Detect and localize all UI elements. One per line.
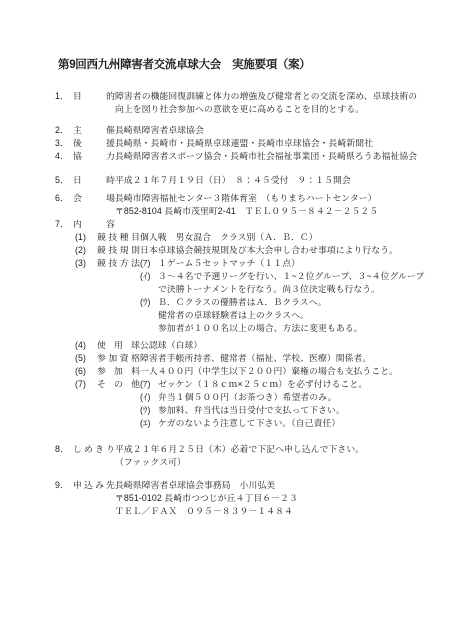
item-fee: (6) 参加料 一人４００円（中学生以下２００円）棄権の場合も支払うこと。 bbox=[55, 365, 428, 378]
item-method-c: (ｳ) Ｂ．Ｃクラスの優勝者はＡ．Ｂクラスへ。 bbox=[55, 296, 428, 309]
line-text: 〒852-8104 長崎市茂里町2-41 ＴＥＬ０９５－８４２－２５２５ bbox=[115, 205, 428, 218]
kana-marker: (ｳ) bbox=[140, 296, 158, 309]
line-text: ゼッケン（１８ｃｍ×２５ｃｍ）を必ず付けること。 bbox=[158, 378, 428, 391]
item-ball: (4) 使用球 公認球（白球） bbox=[55, 339, 428, 352]
line-text: 弁当１個５００円（お茶つき）希望者のみ。 bbox=[158, 391, 428, 404]
kana-marker: (ｱ) bbox=[140, 257, 158, 270]
line-text: 障害者手帳所持者、健常者（福祉、学校、医療）関係者。 bbox=[140, 352, 428, 365]
item-label: 競技種目 bbox=[97, 231, 140, 244]
section-label: 申込み先 bbox=[73, 479, 115, 492]
section-number: 5． bbox=[55, 174, 73, 187]
item-other-c: (ｳ) 参加料、弁当代は当日受付で支払って下さい。 bbox=[55, 404, 428, 417]
section-number: 4． bbox=[55, 150, 73, 163]
document-page: 第9回西九州障害者交流卓球大会 実施要項（案） 1． 目的 障害者の機能回復訓練… bbox=[0, 0, 452, 640]
item-marker: (2) bbox=[75, 244, 97, 257]
item-marker: (6) bbox=[75, 365, 97, 378]
line-text: 長崎県・長崎市・長崎県卓球連盟・長崎市卓球協会・長崎新聞社 bbox=[115, 137, 428, 150]
item-method-b: (ｲ) ３～４名で予選リーグを行い、１~２位グループ、３~４位グループ bbox=[55, 270, 428, 283]
line-text: ３～４名で予選リーグを行い、１~２位グループ、３~４位グループ bbox=[158, 270, 428, 283]
line-text: 公認球（白球） bbox=[140, 339, 428, 352]
section-label: 会場 bbox=[73, 192, 115, 205]
line-text: 〒851-0102 長崎市つつじが丘４丁目６－２３ bbox=[115, 492, 428, 505]
line-text: Ｂ．Ｃクラスの優勝者はＡ．Ｂクラスへ。 bbox=[158, 296, 428, 309]
section-purpose: 1． 目的 障害者の機能回復訓練と体力の増強及び健常者との交流を深め、卓球技術の bbox=[55, 90, 428, 103]
section-number: 8． bbox=[55, 443, 73, 456]
line-text: 長崎県障害者卓球協会 bbox=[115, 124, 428, 137]
item-other-b: (ｲ) 弁当１個５００円（お茶つき）希望者のみ。 bbox=[55, 391, 428, 404]
section-cooperation: 4． 協力 長崎県障害者スポーツ協会・長崎市社会福祉事業団・長崎県ろうあ福祉協会 bbox=[55, 150, 428, 163]
line-text: 平成２１年７月１９日（日） ８：４５受付 ９：１５開会 bbox=[115, 174, 428, 187]
section-label: 後援 bbox=[73, 137, 115, 150]
line-text: ＴＥＬ／ＦＡＸ ０９５－８３９－１４８４ bbox=[115, 505, 428, 518]
item-label: 参加資格 bbox=[97, 352, 140, 365]
line-text: 一人４００円（中学生以下２００円）棄権の場合も支払うこと。 bbox=[140, 365, 428, 378]
section-number: 1． bbox=[55, 90, 73, 103]
kana-marker: (ｲ) bbox=[140, 391, 158, 404]
section-purpose-cont: 向上を図り社会参加への意欲を更に高めることを目的とする。 bbox=[55, 103, 428, 116]
item-label: 競技規則 bbox=[97, 244, 140, 257]
section-label: 協力 bbox=[73, 150, 115, 163]
item-marker: (3) bbox=[75, 257, 97, 270]
section-deadline-cont: （ファックス可） bbox=[55, 456, 428, 469]
line-text: 向上を図り社会参加への意欲を更に高めることを目的とする。 bbox=[115, 103, 428, 116]
item-event-type: (1) 競技種目 個人戦 男女混合 クラス別（Ａ．Ｂ．Ｃ） bbox=[55, 231, 428, 244]
section-number: 7． bbox=[55, 218, 73, 231]
section-number: 2． bbox=[55, 124, 73, 137]
section-label: 内容 bbox=[73, 218, 115, 231]
kana-marker: (ｳ) bbox=[140, 404, 158, 417]
line-text: 平成２１年６月２５日（木）必着で下記へ申し込んで下さい。 bbox=[115, 443, 428, 456]
section-label: 目的 bbox=[73, 90, 115, 103]
section-venue-address: 〒852-8104 長崎市茂里町2-41 ＴＥＬ０９５－８４２－２５２５ bbox=[55, 205, 428, 218]
item-other: (7) その他 (ｱ) ゼッケン（１８ｃｍ×２５ｃｍ）を必ず付けること。 bbox=[55, 378, 428, 391]
line-text: １ゲーム５セットマッチ（１１点） bbox=[158, 257, 428, 270]
item-label: その他 bbox=[97, 378, 140, 391]
item-rules: (2) 競技規則 日本卓球協会競技規則及び本大会申し合わせ事項により行なう。 bbox=[55, 244, 428, 257]
section-venue: 6． 会場 長崎市障害福祉センター３階体育室 （もりまちハートセンター） bbox=[55, 192, 428, 205]
line-text: 長崎県障害者スポーツ協会・長崎市社会福祉事業団・長崎県ろうあ福祉協会 bbox=[115, 150, 428, 163]
section-support: 3． 後援 長崎県・長崎市・長崎県卓球連盟・長崎市卓球協会・長崎新聞社 bbox=[55, 137, 428, 150]
kana-marker: (ｲ) bbox=[140, 270, 158, 283]
item-other-d: (ｴ) ケガのないよう注意して下さい。（自己責任） bbox=[55, 417, 428, 430]
section-organizer: 2． 主催 長崎県障害者卓球協会 bbox=[55, 124, 428, 137]
section-application: 9． 申込み先 長崎県障害者卓球協会事務局 小川弘美 bbox=[55, 479, 428, 492]
section-deadline: 8． しめきり 平成２１年６月２５日（木）必着で下記へ申し込んで下さい。 bbox=[55, 443, 428, 456]
kana-marker: (ｴ) bbox=[140, 417, 158, 430]
item-label: 参加料 bbox=[97, 365, 140, 378]
kana-marker: (ｱ) bbox=[140, 378, 158, 391]
line-text: で決勝トーナメントを行なう。尚３位決定戦も行なう。 bbox=[158, 283, 428, 296]
section-datetime: 5． 日時 平成２１年７月１９日（日） ８：４５受付 ９：１５開会 bbox=[55, 174, 428, 187]
line-text: 障害者の機能回復訓練と体力の増強及び健常者との交流を深め、卓球技術の bbox=[115, 90, 428, 103]
line-text: （ファックス可） bbox=[115, 456, 428, 469]
section-label: 主催 bbox=[73, 124, 115, 137]
item-method-c-cont1: 健常者の卓球経験者は上のクラスへ。 bbox=[55, 309, 428, 322]
item-method-c-cont2: 参加者が１００名以上の場合、方法に変更もある。 bbox=[55, 322, 428, 335]
item-label: 使用球 bbox=[97, 339, 140, 352]
item-marker: (5) bbox=[75, 352, 97, 365]
section-application-address: 〒851-0102 長崎市つつじが丘４丁目６－２３ bbox=[55, 492, 428, 505]
item-eligibility: (5) 参加資格 障害者手帳所持者、健常者（福祉、学校、医療）関係者。 bbox=[55, 352, 428, 365]
section-label: しめきり bbox=[73, 443, 115, 456]
line-text: 参加者が１００名以上の場合、方法に変更もある。 bbox=[158, 322, 428, 335]
document-title: 第9回西九州障害者交流卓球大会 実施要項（案） bbox=[58, 58, 428, 73]
item-label: 競技方法 bbox=[97, 257, 140, 270]
line-text: 長崎市障害福祉センター３階体育室 （もりまちハートセンター） bbox=[115, 192, 428, 205]
item-method: (3) 競技方法 (ｱ) １ゲーム５セットマッチ（１１点） bbox=[55, 257, 428, 270]
line-text: 日本卓球協会競技規則及び本大会申し合わせ事項により行なう。 bbox=[140, 244, 428, 257]
section-number: 9． bbox=[55, 479, 73, 492]
item-marker: (1) bbox=[75, 231, 97, 244]
section-number: 3． bbox=[55, 137, 73, 150]
line-text: 長崎県障害者卓球協会事務局 小川弘美 bbox=[115, 479, 428, 492]
section-number: 6． bbox=[55, 192, 73, 205]
line-text: 個人戦 男女混合 クラス別（Ａ．Ｂ．Ｃ） bbox=[140, 231, 428, 244]
line-text: 参加料、弁当代は当日受付で支払って下さい。 bbox=[158, 404, 428, 417]
section-content: 7． 内容 bbox=[55, 218, 428, 231]
item-method-b-cont: で決勝トーナメントを行なう。尚３位決定戦も行なう。 bbox=[55, 283, 428, 296]
line-text: 健常者の卓球経験者は上のクラスへ。 bbox=[158, 309, 428, 322]
section-application-tel: ＴＥＬ／ＦＡＸ ０９５－８３９－１４８４ bbox=[55, 505, 428, 518]
line-text: ケガのないよう注意して下さい。（自己責任） bbox=[158, 417, 428, 430]
item-marker: (4) bbox=[75, 339, 97, 352]
item-marker: (7) bbox=[75, 378, 97, 391]
section-label: 日時 bbox=[73, 174, 115, 187]
